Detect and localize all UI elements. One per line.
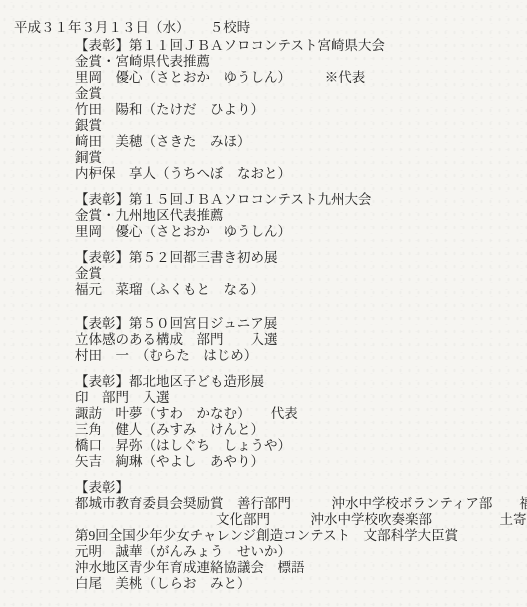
document-line: 都城市教育委員会奨励賞 善行部門 沖水中学校ボランティア部 福元 菜瑠 [75, 496, 527, 512]
award-sections: 【表彰】第１１回ＪＢＡソロコンテスト宮崎県大会金賞・宮崎県代表推薦里岡 優心（さ… [14, 38, 527, 592]
award-section: 【表彰】第１５回ＪＢＡソロコンテスト九州大会金賞・九州地区代表推薦里岡 優心（さ… [75, 192, 527, 240]
document-line: 沖水地区青少年育成連絡協議会 標語 [75, 560, 527, 576]
document-line: 矢吉 絢琳（やよし あやり） [75, 454, 527, 470]
document-line: 内枦保 享人（うちへぼ なおと） [75, 166, 527, 182]
document-line: 文化部門 沖水中学校吹奏楽部 土寄 結子 [75, 512, 527, 528]
document-line: 金賞 [75, 266, 527, 282]
section-heading: 【表彰】第１５回ＪＢＡソロコンテスト九州大会 [75, 192, 527, 208]
document-line: 印 部門 入選 [75, 390, 527, 406]
document-line: 福元 菜瑠（ふくもと なる） [75, 282, 527, 298]
document-line: 銅賞 [75, 150, 527, 166]
document-page: 平成３１年３月１３日（水） ５校時 【表彰】第１１回ＪＢＡソロコンテスト宮崎県大… [0, 0, 527, 607]
document-line: 銀賞 [75, 118, 527, 134]
document-line: 村田 一 （むらた はじめ） [75, 348, 527, 364]
document-line: 金賞・宮崎県代表推薦 [75, 54, 527, 70]
section-heading: 【表彰】 [75, 480, 527, 496]
document-line: 金賞・九州地区代表推薦 [75, 208, 527, 224]
document-line: 橋口 昇弥（はしぐち しょうや） [75, 438, 527, 454]
section-heading: 【表彰】都北地区子ども造形展 [75, 374, 527, 390]
section-heading: 【表彰】第５２回都三書き初め展 [75, 250, 527, 266]
section-heading: 【表彰】第５０回宮日ジュニア展 [75, 316, 527, 332]
document-line: 元明 誠華（がんみょう せいか） [75, 544, 527, 560]
document-line: 﨑田 美穂（さきた みほ） [75, 134, 527, 150]
date-header: 平成３１年３月１３日（水） ５校時 [14, 20, 527, 36]
award-section: 【表彰】第５０回宮日ジュニア展立体感のある構成 部門 入選村田 一 （むらた は… [75, 316, 527, 364]
document-line: 白尾 美桃（しらお みと） [75, 576, 527, 592]
document-line: 諏訪 叶夢（すわ かなむ） 代表 [75, 406, 527, 422]
document-line: 三角 健人（みすみ けんと） [75, 422, 527, 438]
document-line: 竹田 陽和（たけだ ひより） [75, 102, 527, 118]
document-line: 金賞 [75, 86, 527, 102]
document-line: 里岡 優心（さとおか ゆうしん） ※代表 [75, 70, 527, 86]
section-heading: 【表彰】第１１回ＪＢＡソロコンテスト宮崎県大会 [75, 38, 527, 54]
document-line: 第9回全国少年少女チャレンジ創造コンテスト 文部科学大臣賞 [75, 528, 527, 544]
award-section: 【表彰】第５２回都三書き初め展金賞福元 菜瑠（ふくもと なる） [75, 250, 527, 298]
document-line: 立体感のある構成 部門 入選 [75, 332, 527, 348]
award-section: 【表彰】都城市教育委員会奨励賞 善行部門 沖水中学校ボランティア部 福元 菜瑠文… [75, 480, 527, 592]
document-line: 里岡 優心（さとおか ゆうしん） [75, 224, 527, 240]
award-section: 【表彰】第１１回ＪＢＡソロコンテスト宮崎県大会金賞・宮崎県代表推薦里岡 優心（さ… [75, 38, 527, 182]
award-section: 【表彰】都北地区子ども造形展印 部門 入選諏訪 叶夢（すわ かなむ） 代表三角 … [75, 374, 527, 470]
